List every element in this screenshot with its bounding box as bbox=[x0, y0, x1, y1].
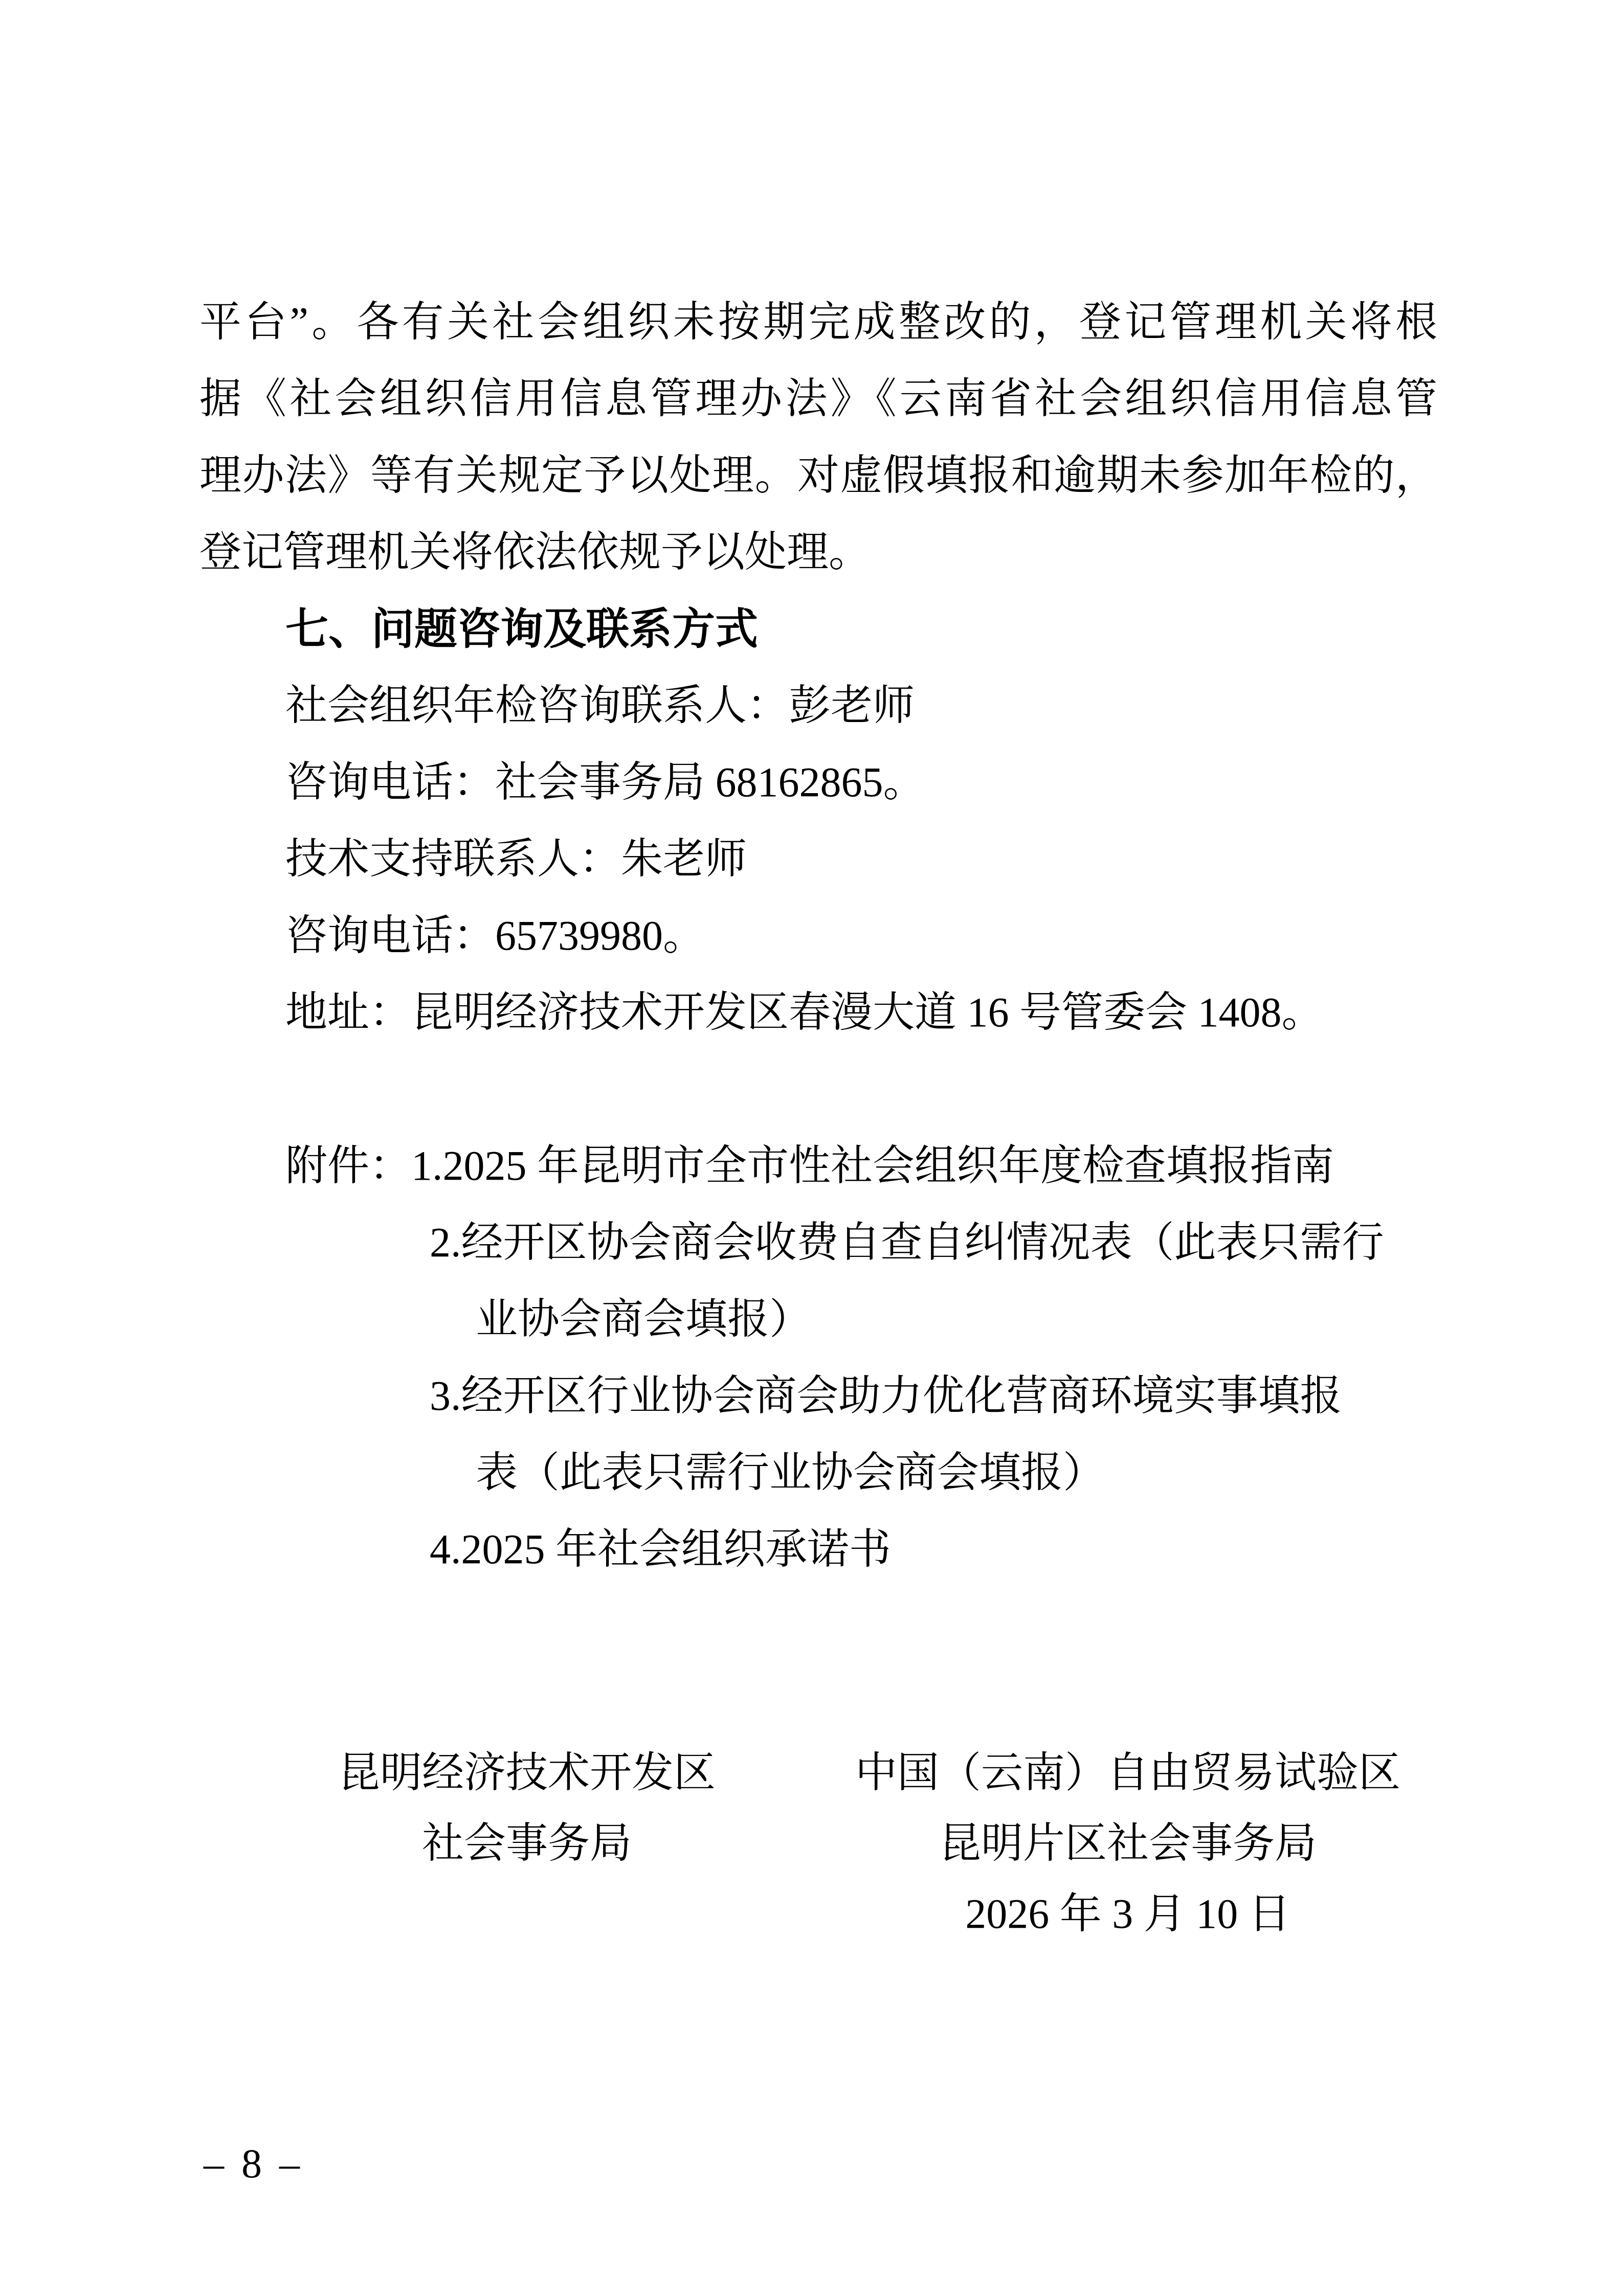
contact-line-phone-1: 咨询电话：社会事务局 68162865。 bbox=[199, 744, 1437, 821]
paragraph-line-4: 登记管理机关将依法依规予以处理。 bbox=[199, 514, 1437, 591]
contact-line-consultant: 社会组织年检咨询联系人：彭老师 bbox=[199, 667, 1437, 744]
attachment-item-2-line-1: 2.经开区协会商会收费自查自纠情况表（此表只需行 bbox=[199, 1204, 1437, 1281]
blank-line bbox=[199, 1051, 1437, 1128]
paragraph-line-1: 平台”。各有关社会组织未按期完成整改的，登记管理机关将根 bbox=[199, 284, 1437, 361]
contact-line-address: 地址：昆明经济技术开发区春漫大道 16 号管委会 1408。 bbox=[199, 974, 1437, 1051]
attachment-item-2-line-2: 业协会商会填报） bbox=[199, 1281, 1437, 1358]
signature-right-org-line-2: 昆明片区社会事务局 bbox=[808, 1808, 1448, 1879]
attachment-item-3-line-2: 表（此表只需行业协会商会填报） bbox=[199, 1434, 1437, 1511]
paragraph-line-3: 理办法》等有关规定予以处理。对虚假填报和逾期未参加年检的， bbox=[199, 437, 1437, 514]
signature-left-org-line-2: 社会事务局 bbox=[276, 1808, 777, 1879]
signature-right-org-line-1: 中国（云南）自由贸易试验区 bbox=[808, 1738, 1448, 1808]
attachment-item-3-line-1: 3.经开区行业协会商会助力优化营商环境实事填报 bbox=[199, 1358, 1437, 1434]
attachment-item-4: 4.2025 年社会组织承诺书 bbox=[199, 1511, 1437, 1588]
paragraph-line-2: 据《社会组织信用信息管理办法》《云南省社会组织信用信息管 bbox=[199, 361, 1437, 437]
signature-right-org: 中国（云南）自由贸易试验区 昆明片区社会事务局 2026 年 3 月 10 日 bbox=[808, 1738, 1448, 1949]
section-heading: 七、问题咨询及联系方式 bbox=[199, 591, 1437, 667]
signature-left-org-line-1: 昆明经济技术开发区 bbox=[276, 1738, 777, 1808]
signature-left-org: 昆明经济技术开发区 社会事务局 bbox=[276, 1738, 777, 1879]
contact-line-phone-2: 咨询电话：65739980。 bbox=[199, 897, 1437, 974]
contact-line-tech-support: 技术支持联系人：朱老师 bbox=[199, 821, 1437, 897]
attachment-intro: 附件：1.2025 年昆明市全市性社会组织年度检查填报指南 bbox=[199, 1128, 1437, 1204]
signature-date: 2026 年 3 月 10 日 bbox=[808, 1879, 1448, 1949]
page-number: – 8 – bbox=[204, 2133, 303, 2195]
document-page: 平台”。各有关社会组织未按期完成整改的，登记管理机关将根 据《社会组织信用信息管… bbox=[0, 0, 1624, 2296]
document-body: 平台”。各有关社会组织未按期完成整改的，登记管理机关将根 据《社会组织信用信息管… bbox=[199, 284, 1437, 1588]
